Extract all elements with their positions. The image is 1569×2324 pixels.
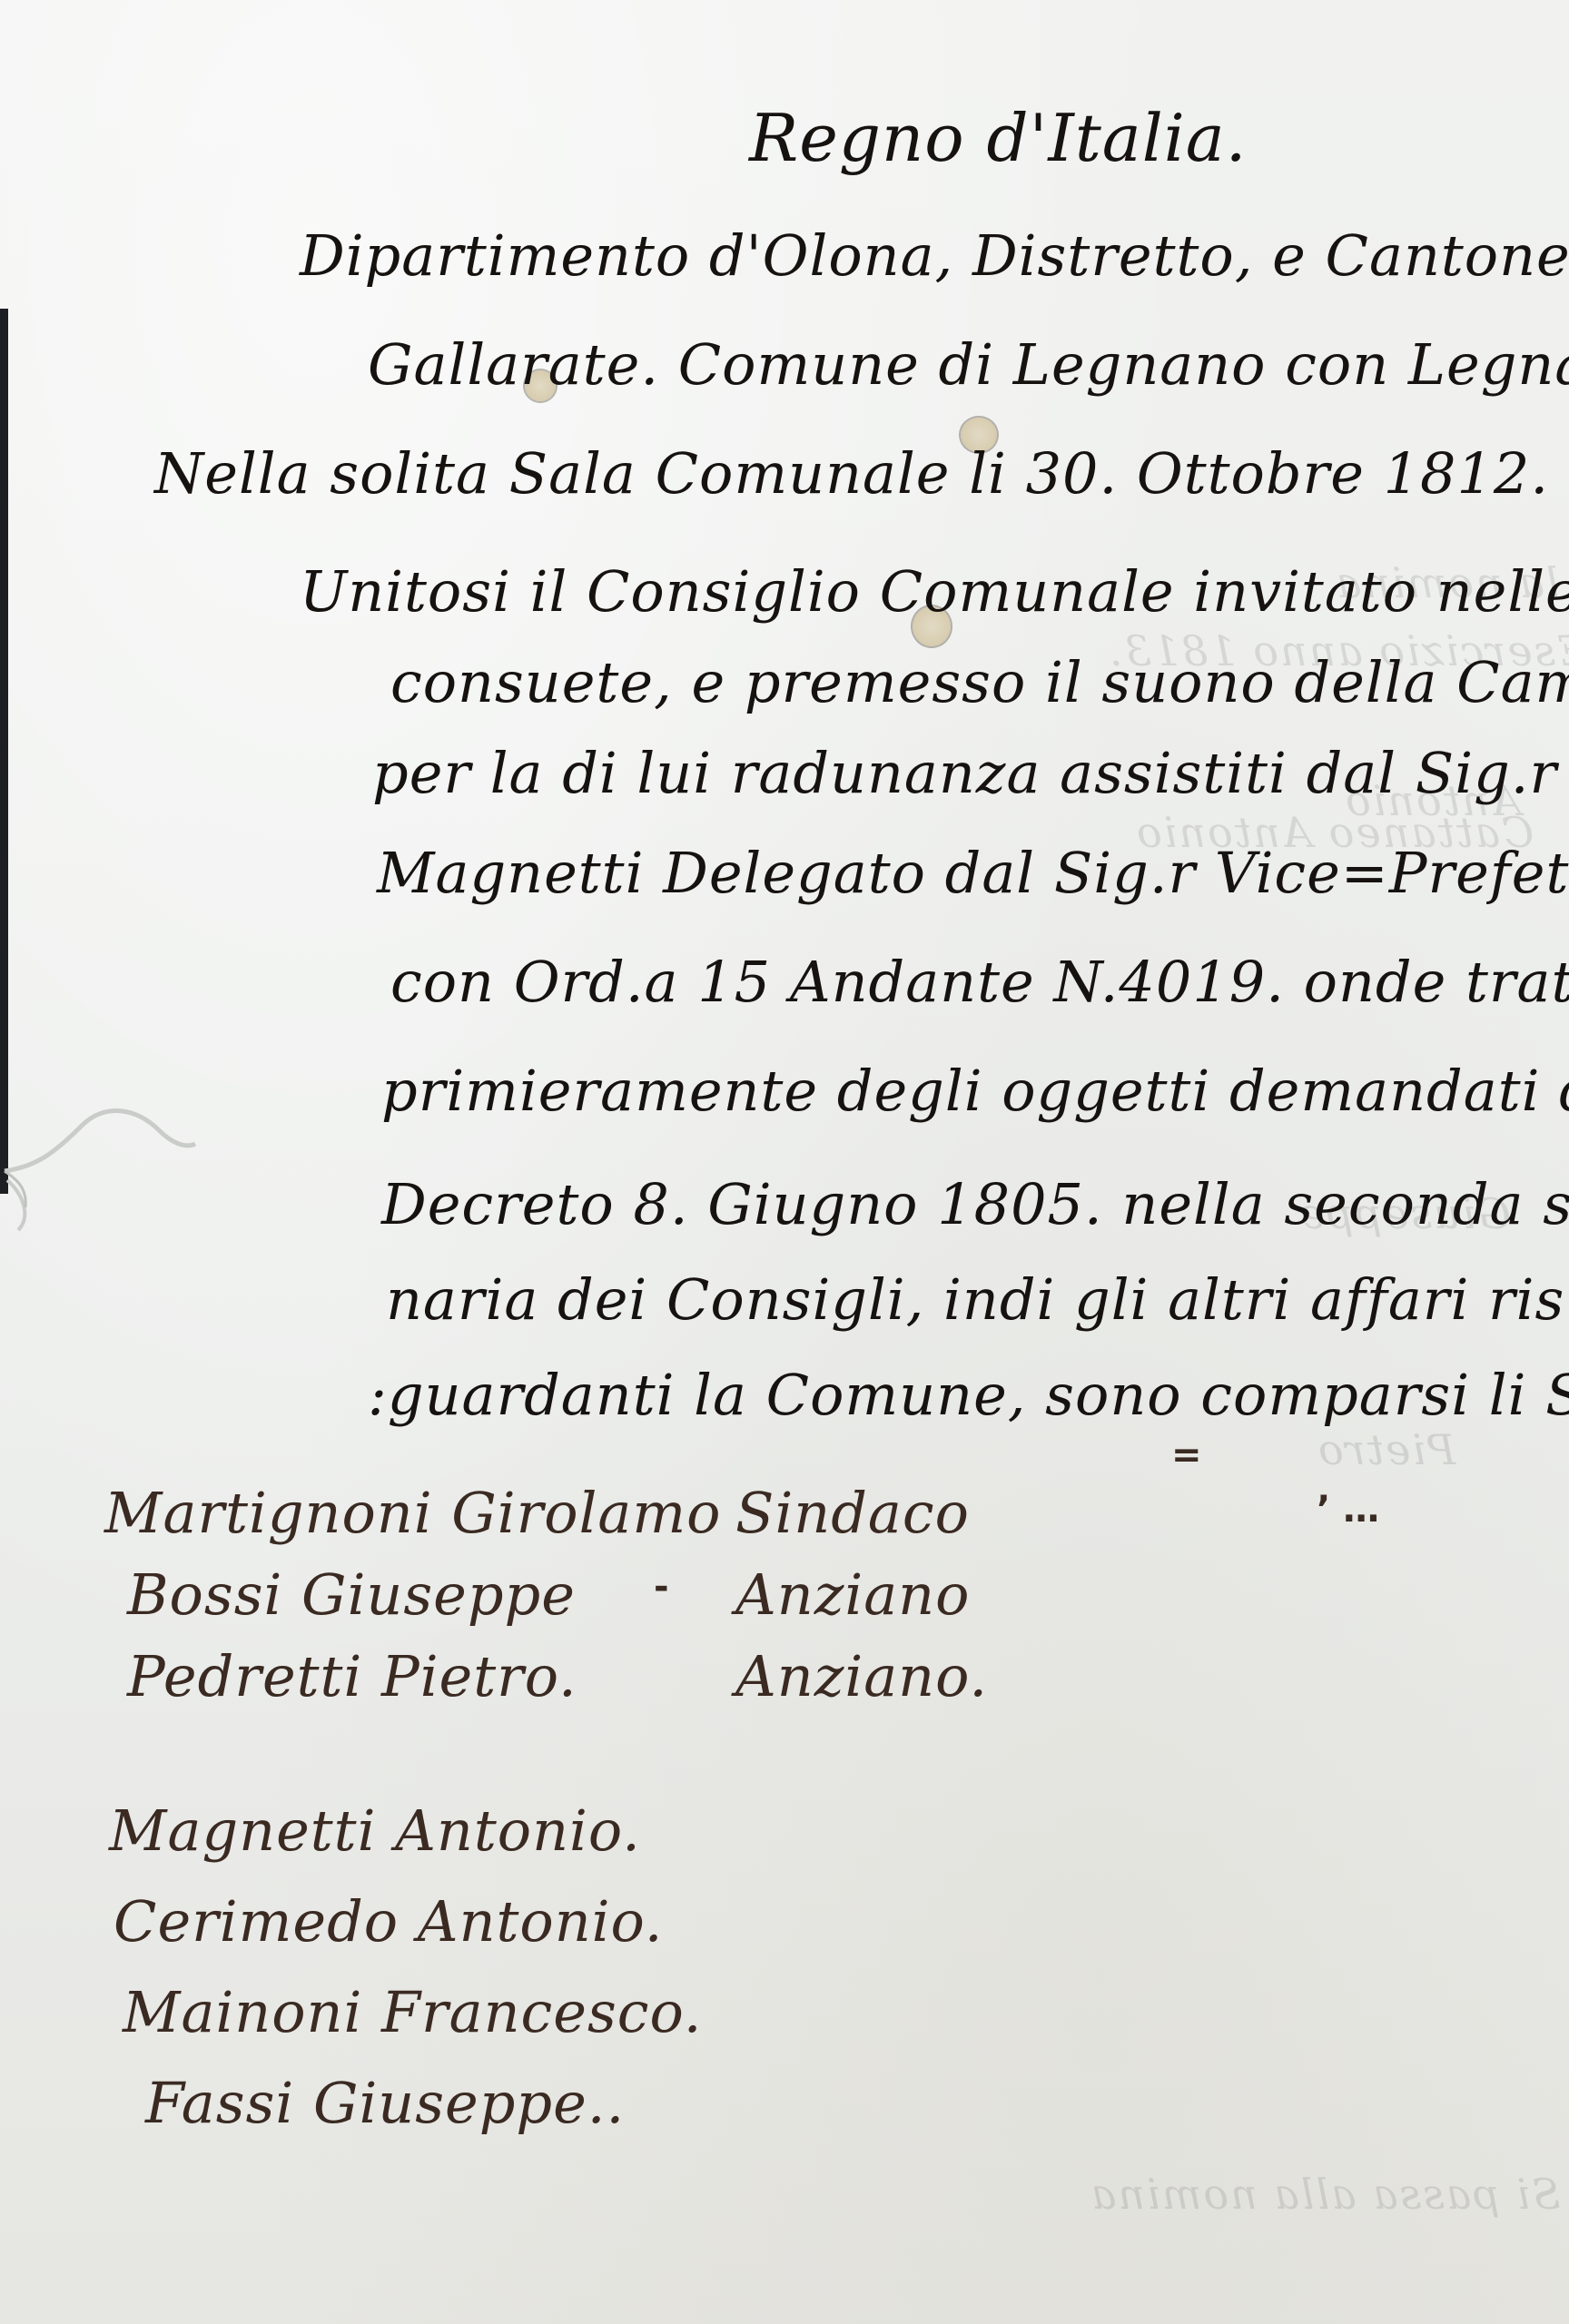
body-line: naria dei Consigli, indi gli altri affar…	[386, 1266, 1564, 1333]
body-line: Gallarate. Comune di Legnano con Legnare…	[368, 331, 1569, 398]
official-role: Anziano	[735, 1561, 970, 1628]
body-line: per la di lui radunanza assistiti dal Si…	[372, 740, 1569, 806]
body-line: Magnetti Delegato dal Sig.r Vice=Prefett…	[377, 840, 1569, 906]
official-role: Sindaco	[735, 1480, 970, 1546]
body-line: :guardanti la Comune, sono comparsi li S…	[368, 1362, 1569, 1428]
official-role: Anziano.	[735, 1643, 988, 1709]
councillor-name: Mainoni Francesco.	[123, 1979, 702, 2045]
binding-strip	[0, 309, 8, 1194]
councillor-name: Cerimedo Antonio.	[113, 1888, 663, 1955]
official-name: Pedretti Pietro.	[127, 1643, 577, 1709]
bleed-through-text: Pietro	[1317, 1425, 1456, 1474]
dash-mark: -	[654, 1566, 669, 1608]
document-heading: Regno d'Italia.	[749, 100, 1248, 176]
body-line: con Ord.a 15 Andante N.4019. onde tratta…	[390, 949, 1569, 1015]
councillor-name: Fassi Giuseppe..	[145, 2070, 625, 2136]
body-line: Dipartimento d'Olona, Distretto, e Canto…	[300, 222, 1569, 289]
manuscript-page: la nomina Esercizio anno 1813. Antonio C…	[0, 0, 1569, 2324]
councillor-name: Magnetti Antonio.	[109, 1797, 641, 1864]
equals-mark: =	[1171, 1434, 1202, 1476]
body-line: primieramente degli oggetti demandati da…	[381, 1058, 1569, 1124]
official-name: Bossi Giuseppe	[127, 1561, 576, 1628]
body-line: consuete, e premesso il suono della Camp…	[390, 649, 1569, 715]
body-line: Unitosi il Consiglio Comunale invitato n…	[300, 558, 1569, 625]
body-line: Nella solita Sala Comunale li 30. Ottobr…	[154, 440, 1549, 507]
official-name: Martignoni Girolamo	[104, 1480, 721, 1546]
body-line: Decreto 8. Giugno 1805. nella seconda se…	[381, 1171, 1569, 1237]
binding-thread-icon	[0, 1080, 209, 1235]
ellipsis-mark: ’ …	[1317, 1489, 1379, 1531]
bleed-through-text: Si passa alla nomina	[1090, 2170, 1561, 2219]
